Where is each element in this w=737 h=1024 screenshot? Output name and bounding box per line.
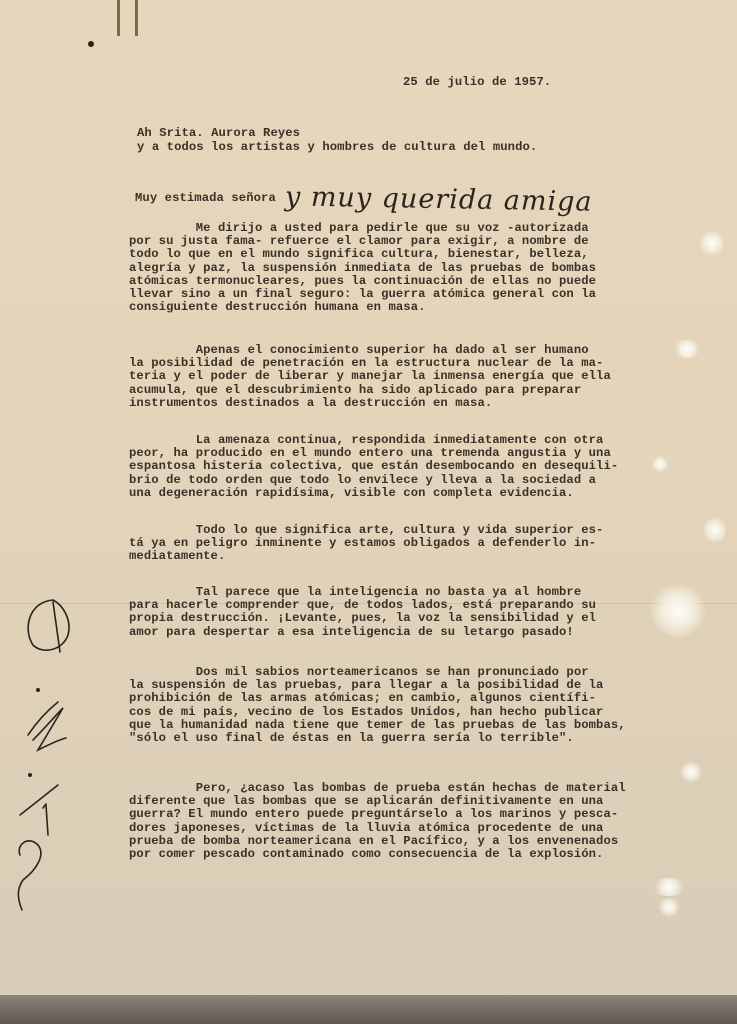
handwritten-margin-annotation [8, 590, 78, 920]
text-line: cos de mi país, vecino de los Estados Un… [129, 706, 709, 719]
paragraph-4: Todo lo que significa arte, cultura y vi… [129, 524, 709, 564]
text-line: todo lo que en el mundo significa cultur… [129, 248, 709, 261]
text-line: prohibición de las armas atómicas; en ca… [129, 692, 709, 705]
text-line: dores japoneses, víctimas de la lluvia a… [129, 822, 709, 835]
text-line: teria y el poder de liberar y manejar la… [129, 370, 709, 383]
paragraph-5: Tal parece que la inteligencia no basta … [129, 586, 709, 639]
text-line: guerra? El mundo entero puede preguntárs… [129, 808, 709, 821]
text-line: "sólo el uso final de éstas en la guerra… [129, 732, 709, 745]
paragraph-2: Apenas el conocimiento superior ha dado … [129, 344, 709, 410]
text-line: propia destrucción. ¡Levante, pues, la v… [129, 612, 709, 625]
salutation-typed: Muy estimada señora [135, 192, 276, 206]
glare-reflection [652, 878, 686, 896]
text-line: espantosa histeria colectiva, que están … [129, 460, 709, 473]
text-line: instrumentos destinados a la destrucción… [129, 397, 709, 410]
glare-reflection [700, 230, 724, 256]
glare-reflection [650, 585, 706, 637]
frame-edge [0, 995, 737, 1024]
paragraph-6: Dos mil sabios norteamericanos se han pr… [129, 666, 709, 745]
tape-mark [117, 0, 120, 36]
ink-spot [88, 41, 94, 47]
paragraph-3: La amenaza continua, respondida inmediat… [129, 434, 709, 500]
glare-reflection [652, 456, 668, 472]
tape-mark [135, 0, 138, 36]
glare-reflection [680, 762, 702, 782]
text-line: una degeneración rapidísima, visible con… [129, 487, 709, 500]
text-line: por comer pescado contaminado como conse… [129, 848, 709, 861]
salutation-handwritten: y muy querida amiga [285, 181, 593, 217]
glare-reflection [673, 340, 701, 358]
text-line: mediatamente. [129, 550, 709, 563]
text-line: alegría y paz, la suspensión inmediata d… [129, 262, 709, 275]
text-line: amor para despertar a esa inteligencia d… [129, 626, 709, 639]
text-line: acumula, que el descubrimiento ha sido a… [129, 384, 709, 397]
paragraph-1: Me dirijo a usted para pedirle que su vo… [129, 222, 709, 314]
text-line: consiguiente destrucción humana en masa. [129, 301, 709, 314]
letter-date: 25 de julio de 1957. [403, 76, 551, 90]
addressee-line-1: Ah Srita. Aurora Reyes [137, 127, 300, 141]
text-line: brio de todo orden que todo lo envilece … [129, 474, 709, 487]
addressee-line-2: y a todos los artistas y hombres de cult… [137, 141, 537, 155]
glare-reflection [704, 516, 726, 544]
letter-page: 25 de julio de 1957. Ah Srita. Aurora Re… [0, 0, 737, 995]
glare-reflection [658, 898, 680, 916]
paragraph-7: Pero, ¿acaso las bombas de prueba están … [129, 782, 709, 861]
